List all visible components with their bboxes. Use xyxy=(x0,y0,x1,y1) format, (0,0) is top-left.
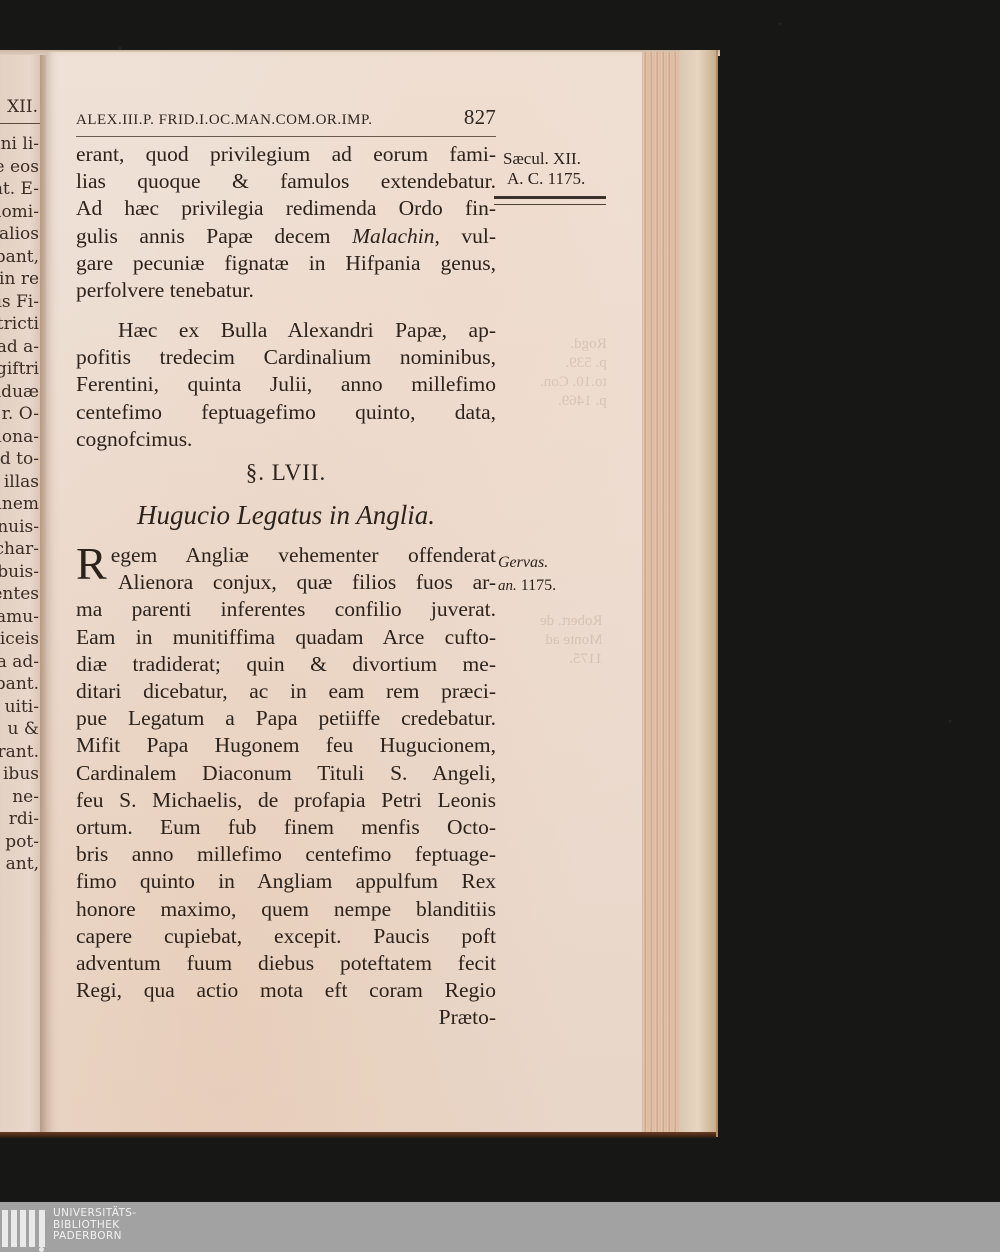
text-line: Mifit Papa Hugonem feu Hugucionem, xyxy=(76,732,496,759)
left-page-line-fragment: s alios xyxy=(0,223,39,246)
left-page-line-fragment: uiti- xyxy=(0,696,39,719)
text-line-part: , vul- xyxy=(434,224,496,248)
catchword: Præto- xyxy=(76,1004,496,1031)
text-line: ma parenti inferentes confilio juverat. xyxy=(76,596,496,623)
page-fore-edge xyxy=(642,52,680,1135)
left-page-line-fragment: ani li- xyxy=(0,133,39,156)
section-title: Hugucio Legatus in Anglia. xyxy=(76,500,496,531)
margin-note-source-author: Gervas. xyxy=(498,552,548,574)
running-head-title: ALEX.III.P. FRID.I.OC.MAN.COM.OR.IMP. xyxy=(76,112,372,129)
italic-term: Malachin xyxy=(352,224,434,248)
left-page-line-fragment: char- xyxy=(0,538,39,561)
left-page-line-fragment: rant. xyxy=(0,741,39,764)
drop-cap: R xyxy=(76,544,107,584)
left-page-line-fragment: ant, xyxy=(0,853,39,876)
library-name-line-1: UNIVERSITÄTS- xyxy=(53,1208,137,1220)
left-page-line-fragment: ebant, xyxy=(0,246,39,269)
left-page-line-fragment: u & xyxy=(0,718,39,741)
show-through-text: Robert. deMonte ad1175. xyxy=(540,612,602,669)
left-page-line-fragment: nnem xyxy=(0,493,39,516)
left-page-line-fragment: ad a- xyxy=(0,336,39,359)
left-page-line-fragment: ed to- xyxy=(0,448,39,471)
text-line: cognofcimus. xyxy=(76,426,496,453)
left-head-rule xyxy=(0,123,40,124)
text-line: Alienora conjux, quæ filios fuos ar- xyxy=(76,569,496,596)
text-line: gulis annis Papæ decem Malachin, vul- xyxy=(76,223,496,250)
left-page-line-fragment: iceis xyxy=(0,628,39,651)
left-page-line-fragment: illas xyxy=(0,471,39,494)
left-running-head-fragment: XII. xyxy=(7,97,38,117)
left-page-line-fragment: rdi- xyxy=(0,808,39,831)
text-line: feu S. Michaelis, de profapia Petri Leon… xyxy=(76,787,496,814)
left-page-line-fragment: nomi- xyxy=(0,201,39,224)
text-line: ortum. Eum fub finem menfis Octo- xyxy=(76,814,496,841)
library-name-line-3: PADERBORN xyxy=(53,1231,137,1243)
text-line: centefimo feptuagefimo quinto, data, xyxy=(76,399,496,426)
paragraph-3: R egem Angliæ vehementer offenderat Alie… xyxy=(76,542,496,1032)
left-page-line-fragment: a in re xyxy=(0,268,39,291)
left-page-fragment: XII. ani li-ne eosnt. E-nomi-s alioseban… xyxy=(0,55,42,1135)
margin-note-source-year: an. 1175. xyxy=(498,575,556,597)
margin-note-anno: A. C. 1175. xyxy=(507,168,585,190)
page-number: 827 xyxy=(464,105,496,130)
margin-note-year-prefix: an. xyxy=(498,578,517,594)
left-page-line-fragment: a ad- xyxy=(0,651,39,674)
text-line: Eam in munitiffima quadam Arce cufto- xyxy=(76,624,496,651)
text-line: Cardinalem Diaconum Tituli S. Angeli, xyxy=(76,760,496,787)
left-page-line-fragment: viduæ xyxy=(0,381,39,404)
text-line: bris anno millefimo centefimo feptuage- xyxy=(76,841,496,868)
left-page-lines: ani li-ne eosnt. E-nomi-s aliosebant,a i… xyxy=(0,133,39,876)
text-line-part: gulis annis Papæ decem xyxy=(76,224,331,248)
left-page-line-fragment: nt. E- xyxy=(0,178,39,201)
margin-note-saeculum: Sæcul. XII. xyxy=(503,148,581,170)
left-page-line-fragment: buis- xyxy=(0,561,39,584)
book-cover-board xyxy=(680,50,718,1137)
text-line: egem Angliæ vehementer offenderat xyxy=(76,542,496,569)
left-page-line-fragment: giftri xyxy=(0,358,39,381)
text-line: Ad hæc privilegia redimenda Ordo fin- xyxy=(76,195,496,222)
left-page-line-fragment: ne- xyxy=(0,786,39,809)
footer-bar: UNIVERSITÄTS- BIBLIOTHEK PADERBORN xyxy=(0,1202,1000,1252)
left-page-line-fragment: ibus xyxy=(0,763,39,786)
book-bottom-edge xyxy=(0,1132,716,1138)
margin-note-year: 1175. xyxy=(521,577,556,594)
text-line: lias quoque & famulos extendebatur. xyxy=(76,168,496,195)
text-line: diæ tradiderat; quin & divortium me- xyxy=(76,651,496,678)
library-name: UNIVERSITÄTS- BIBLIOTHEK PADERBORN xyxy=(53,1208,137,1243)
paragraph-2: Hæc ex Bulla Alexandri Papæ, ap- pofitis… xyxy=(76,317,496,453)
left-page-line-fragment: dona- xyxy=(0,426,39,449)
paragraph-1: erant, quod privilegium ad eorum fami- l… xyxy=(76,141,496,304)
left-page-line-fragment: ne eos xyxy=(0,156,39,179)
text-line: adventum fuum diebus poteftatem fecit xyxy=(76,950,496,977)
left-page-line-fragment: r. O- xyxy=(0,403,39,426)
left-page-line-fragment: pant. xyxy=(0,673,39,696)
library-logo-dot-icon xyxy=(39,1247,44,1252)
text-line: perfolvere tenebatur. xyxy=(76,277,496,304)
left-page-line-fragment: entes xyxy=(0,583,39,606)
margin-double-rule xyxy=(494,204,606,205)
text-line: pue Legatum a Papa petiiffe credebatur. xyxy=(76,705,496,732)
margin-double-rule xyxy=(494,196,606,199)
text-line: fimo quinto in Angliam appulfum Rex xyxy=(76,868,496,895)
text-line: ditari dicebatur, ac in eam rem præci- xyxy=(76,678,496,705)
show-through-text: Rogd.p. 539.to.10. Con.p. 1469. xyxy=(540,335,607,411)
text-line: Ferentini, quinta Julii, anno millefimo xyxy=(76,371,496,398)
head-rule xyxy=(76,136,496,137)
text-line: Hæc ex Bulla Alexandri Papæ, ap- xyxy=(76,317,496,344)
left-page-line-fragment: pot- xyxy=(0,831,39,854)
left-page-line-fragment: nuis- xyxy=(0,516,39,539)
text-line: capere cupiebat, excepit. Paucis poft xyxy=(76,923,496,950)
section-number: §. LVII. xyxy=(76,460,496,486)
left-page-line-fragment: amu- xyxy=(0,606,39,629)
text-line: Regi, qua actio mota eft coram Regio xyxy=(76,977,496,1004)
running-head: ALEX.III.P. FRID.I.OC.MAN.COM.OR.IMP. 82… xyxy=(76,105,496,130)
text-line: gare pecuniæ fignatæ in Hifpania genus, xyxy=(76,250,496,277)
left-page-line-fragment: ftricti xyxy=(0,313,39,336)
text-line: pofitis tredecim Cardinalium nominibus, xyxy=(76,344,496,371)
left-page-line-fragment: nis Fi- xyxy=(0,291,39,314)
text-line: erant, quod privilegium ad eorum fami- xyxy=(76,141,496,168)
text-line: honore maximo, quem nempe blanditiis xyxy=(76,896,496,923)
